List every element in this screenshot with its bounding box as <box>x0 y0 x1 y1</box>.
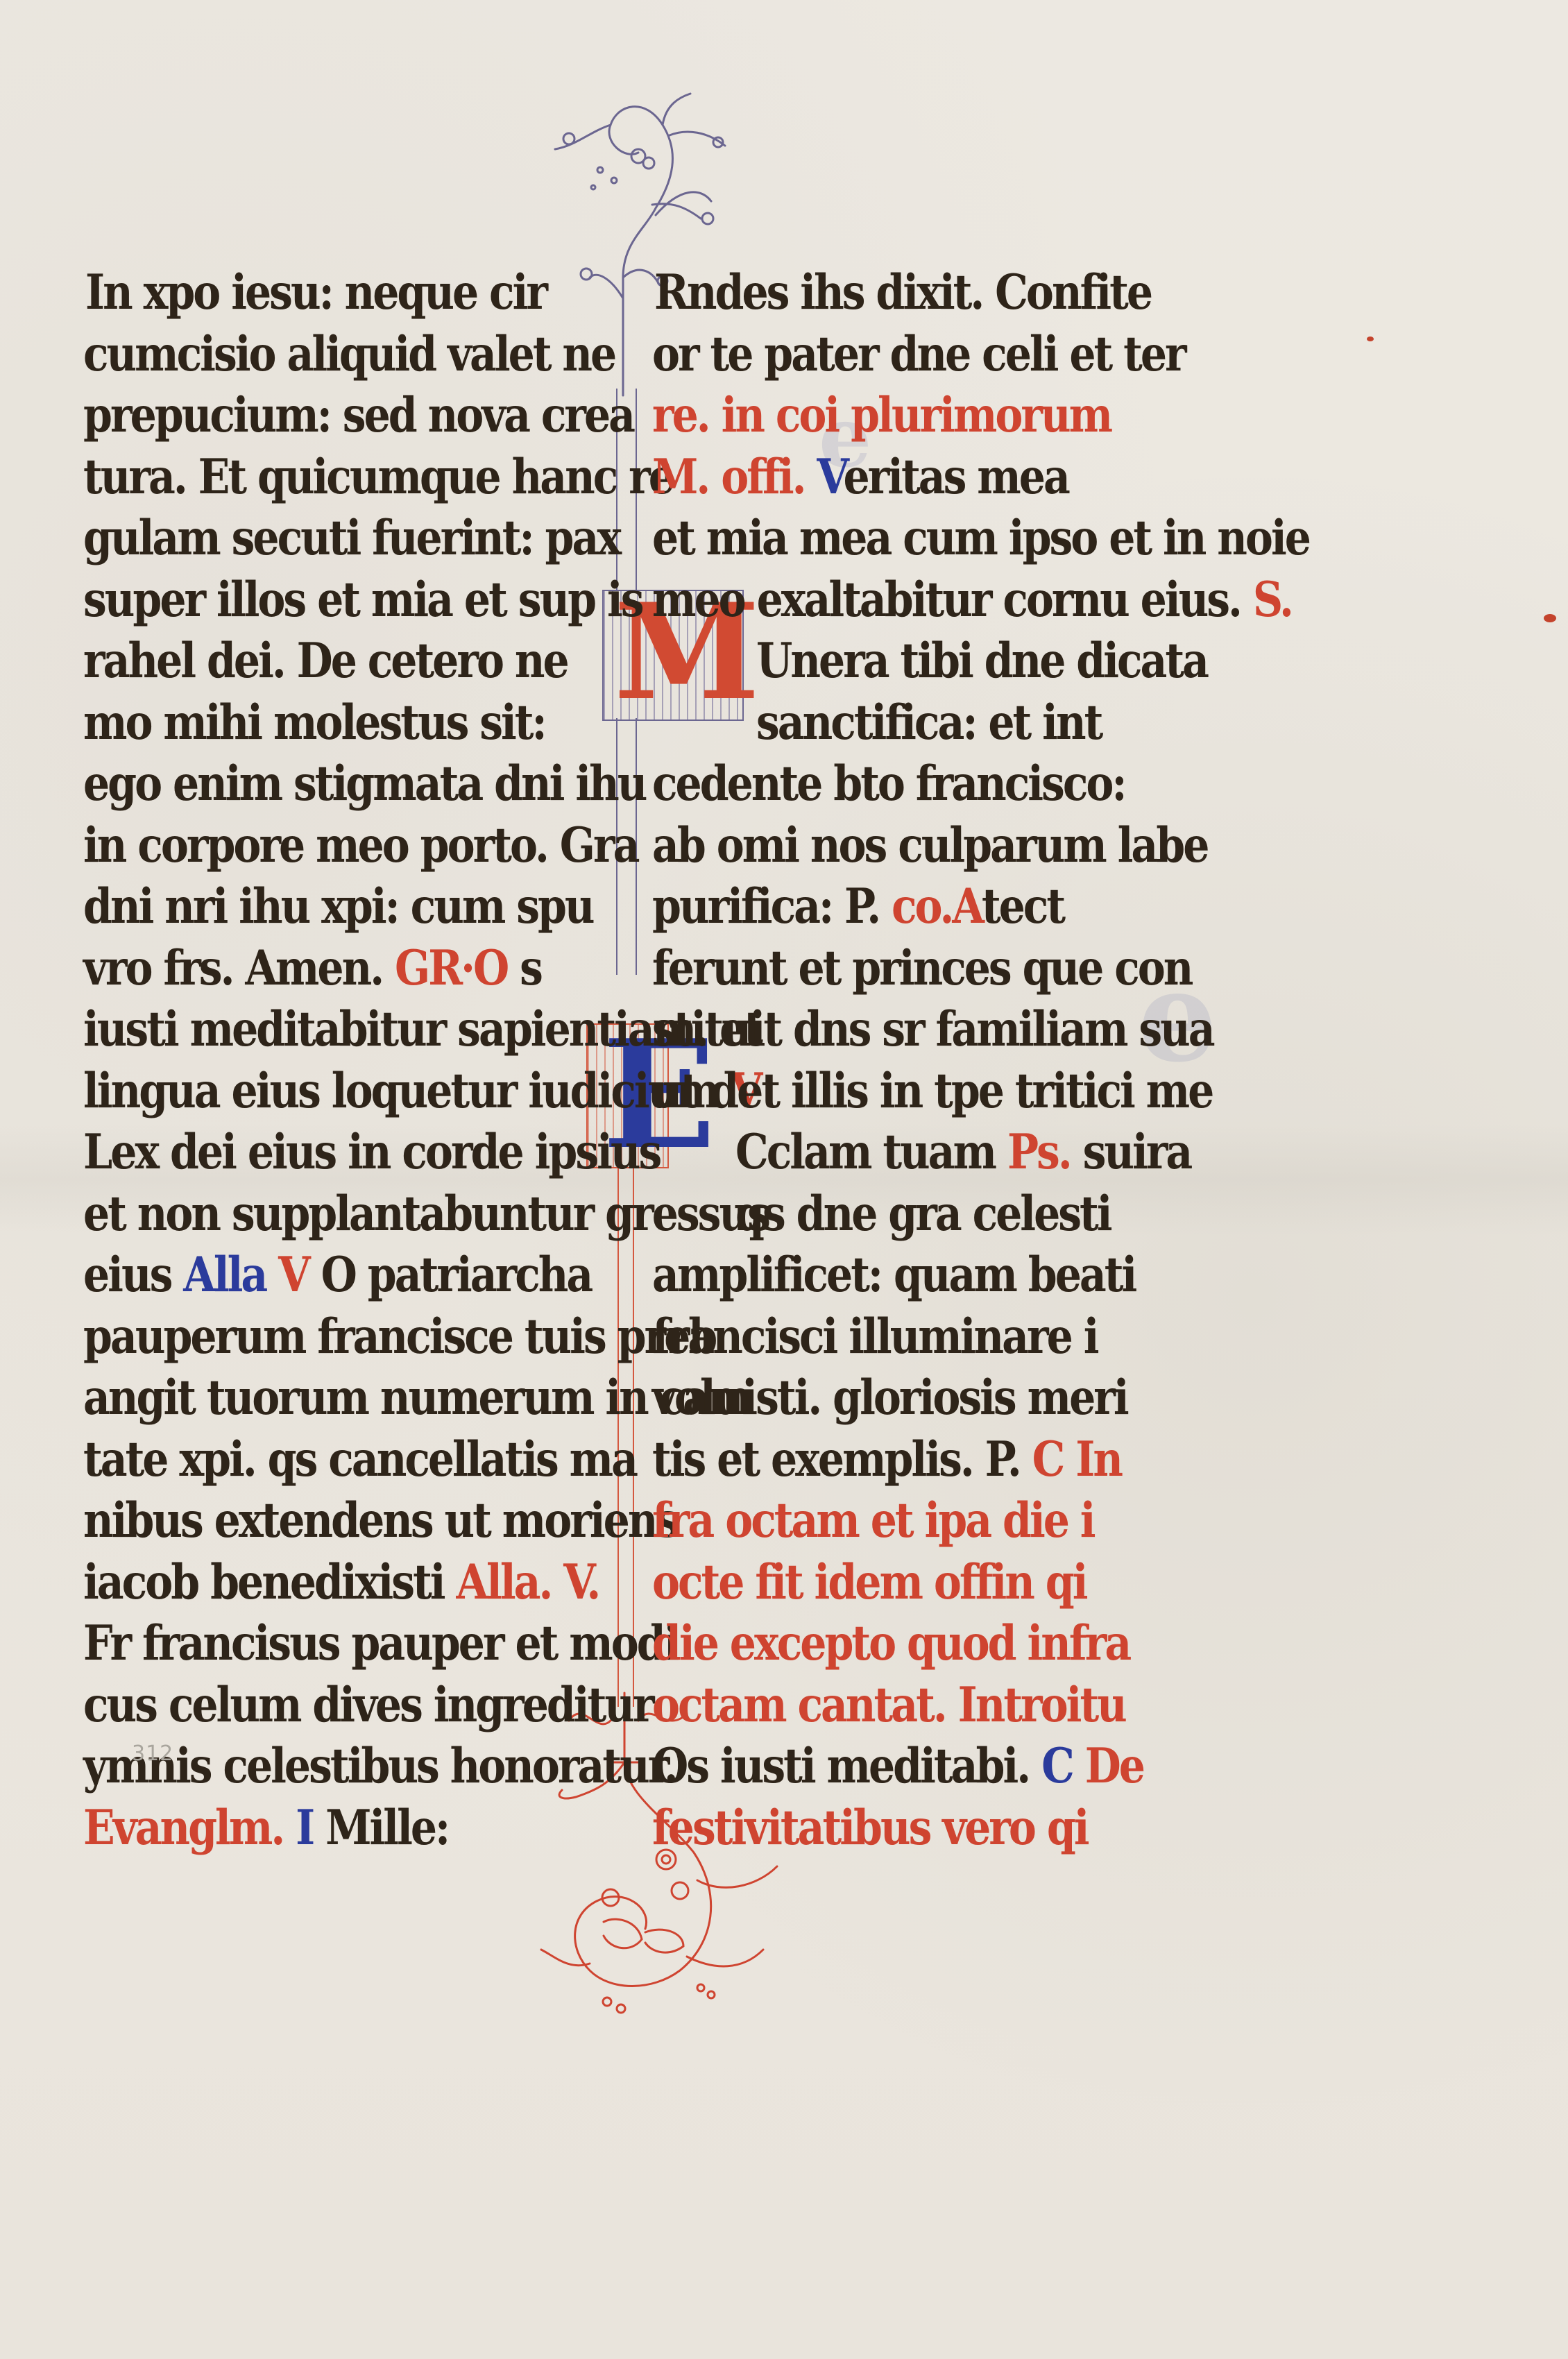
text-line: In xpo iesu: neque cir <box>83 257 569 328</box>
rubric-line: octam cantat. Introitu <box>652 1670 1152 1741</box>
text-line: iusti meditabitur sapientiam. et <box>83 994 569 1065</box>
text-line: Fr francisus pauper et modi <box>83 1608 569 1679</box>
text-line: tura. Et quicumque hanc re <box>83 442 569 513</box>
text-line: mo mihi molestus sit: <box>83 688 569 758</box>
text-line: angit tuorum numerum in cam <box>83 1363 569 1433</box>
text-line: Rndes ihs dixit. Confite <box>652 257 1152 328</box>
rubric-verse-mark: V <box>278 1247 309 1304</box>
text-line: nibus extendens ut moriens <box>83 1485 569 1556</box>
text-line: amplificet: quam beati <box>652 1240 1152 1311</box>
text-line: purifica: P. co.Atect <box>652 871 1152 942</box>
text-line: Unera tibi dne dicata <box>652 626 1152 697</box>
text-line: tate xpi. qs cancellatis ma <box>83 1424 569 1495</box>
initial-c-blue: C <box>1041 1739 1073 1795</box>
text-line: dni nri ihu xpi: cum spu <box>83 871 569 942</box>
text-line: cumcisio aliquid valet ne <box>83 319 569 390</box>
text-line: vro frs. Amen. GR·O s <box>83 933 569 1004</box>
rubric-capitulum: C <box>1032 1431 1064 1488</box>
text-line: Lex dei eius in corde ipsius <box>83 1117 569 1188</box>
rubric-secret: S. <box>1253 572 1292 628</box>
text-line: cus celum dives ingreditur <box>83 1670 569 1741</box>
text-line: et non supplantabuntur gressus <box>83 1179 569 1250</box>
rubric-line: die excepto quod infra <box>652 1608 1152 1679</box>
rubric-gradual: GR·O <box>395 940 507 996</box>
rubric-verse-mark: V. <box>563 1554 599 1610</box>
rubric-line: festivitatibus vero qi <box>652 1793 1152 1864</box>
rubric-communion: co. <box>892 879 952 935</box>
rubric-line: re. in coi plurimorum <box>652 380 1152 451</box>
right-text-column: Rndes ihs dixit. Confite or te pater dne… <box>652 262 1152 1859</box>
text-line: et mia mea cum ipso et in noie <box>652 503 1152 574</box>
text-line: sanctifica: et int <box>652 688 1152 758</box>
ink-speck <box>1544 614 1556 622</box>
initial-v-blue: V <box>817 449 843 505</box>
text-line: lingua eius loquetur iudicium V <box>83 1056 569 1127</box>
rubric-alleluia: Alla <box>183 1247 266 1304</box>
text-line: Evanglm. I Mille: <box>83 1793 569 1864</box>
text-line: ego enim stigmata dni ihu <box>83 749 569 819</box>
text-line: voluisti. gloriosis meri <box>652 1363 1152 1433</box>
text-line: cedente bto francisco: <box>652 749 1152 819</box>
rubric-evangelium: Evanglm. <box>83 1800 283 1856</box>
initial-i-blue: I <box>296 1800 313 1856</box>
text-line: stituit dns sr familiam sua <box>652 994 1152 1065</box>
text-line: iacob benedixisti Alla. V. <box>83 1547 569 1618</box>
text-line: super illos et mia et sup is <box>83 565 569 636</box>
ink-speck <box>1367 337 1374 341</box>
text-line: ab omi nos culparum labe <box>652 810 1152 881</box>
text-line: prepucium: sed nova crea <box>83 380 569 451</box>
text-line: tis et exemplis. P. C In <box>652 1424 1152 1495</box>
text-line: in corpore meo porto. Gra <box>83 810 569 881</box>
text-line: ut det illis in tpe tritici me <box>652 1056 1152 1127</box>
left-text-column: In xpo iesu: neque cir cumcisio aliquid … <box>83 262 569 1859</box>
text-line: gulam secuti fuerint: pax <box>83 503 569 574</box>
rubric-line: fra octam et ipa die i <box>652 1485 1152 1556</box>
text-line: meo exaltabitur cornu eius. S. <box>652 565 1152 636</box>
text-line: qs dne gra celesti <box>652 1179 1152 1250</box>
text-line: rahel dei. De cetero ne <box>83 626 569 697</box>
text-line: M. offi. Veritas mea <box>652 442 1152 513</box>
rubric-line: octe fit idem offin qi <box>652 1547 1152 1618</box>
folio-number: 312 <box>132 1741 173 1766</box>
text-line: eius Alla V O patriarcha <box>83 1240 569 1311</box>
rubric-alleluia: Alla. <box>456 1554 551 1610</box>
text-line: pauperum francisce tuis preb <box>83 1302 569 1372</box>
rubric-postcommunion: Ps. <box>1007 1125 1071 1181</box>
text-line: francisci illuminare i <box>652 1302 1152 1372</box>
rubric-offertory: M. offi. <box>652 449 805 505</box>
text-line: ferunt et princes que con <box>652 933 1152 1004</box>
text-line: Cclam tuam Ps. suira <box>652 1117 1152 1188</box>
text-line: or te pater dne celi et ter <box>652 319 1152 390</box>
text-line: Os iusti meditabi. C De <box>652 1731 1152 1802</box>
